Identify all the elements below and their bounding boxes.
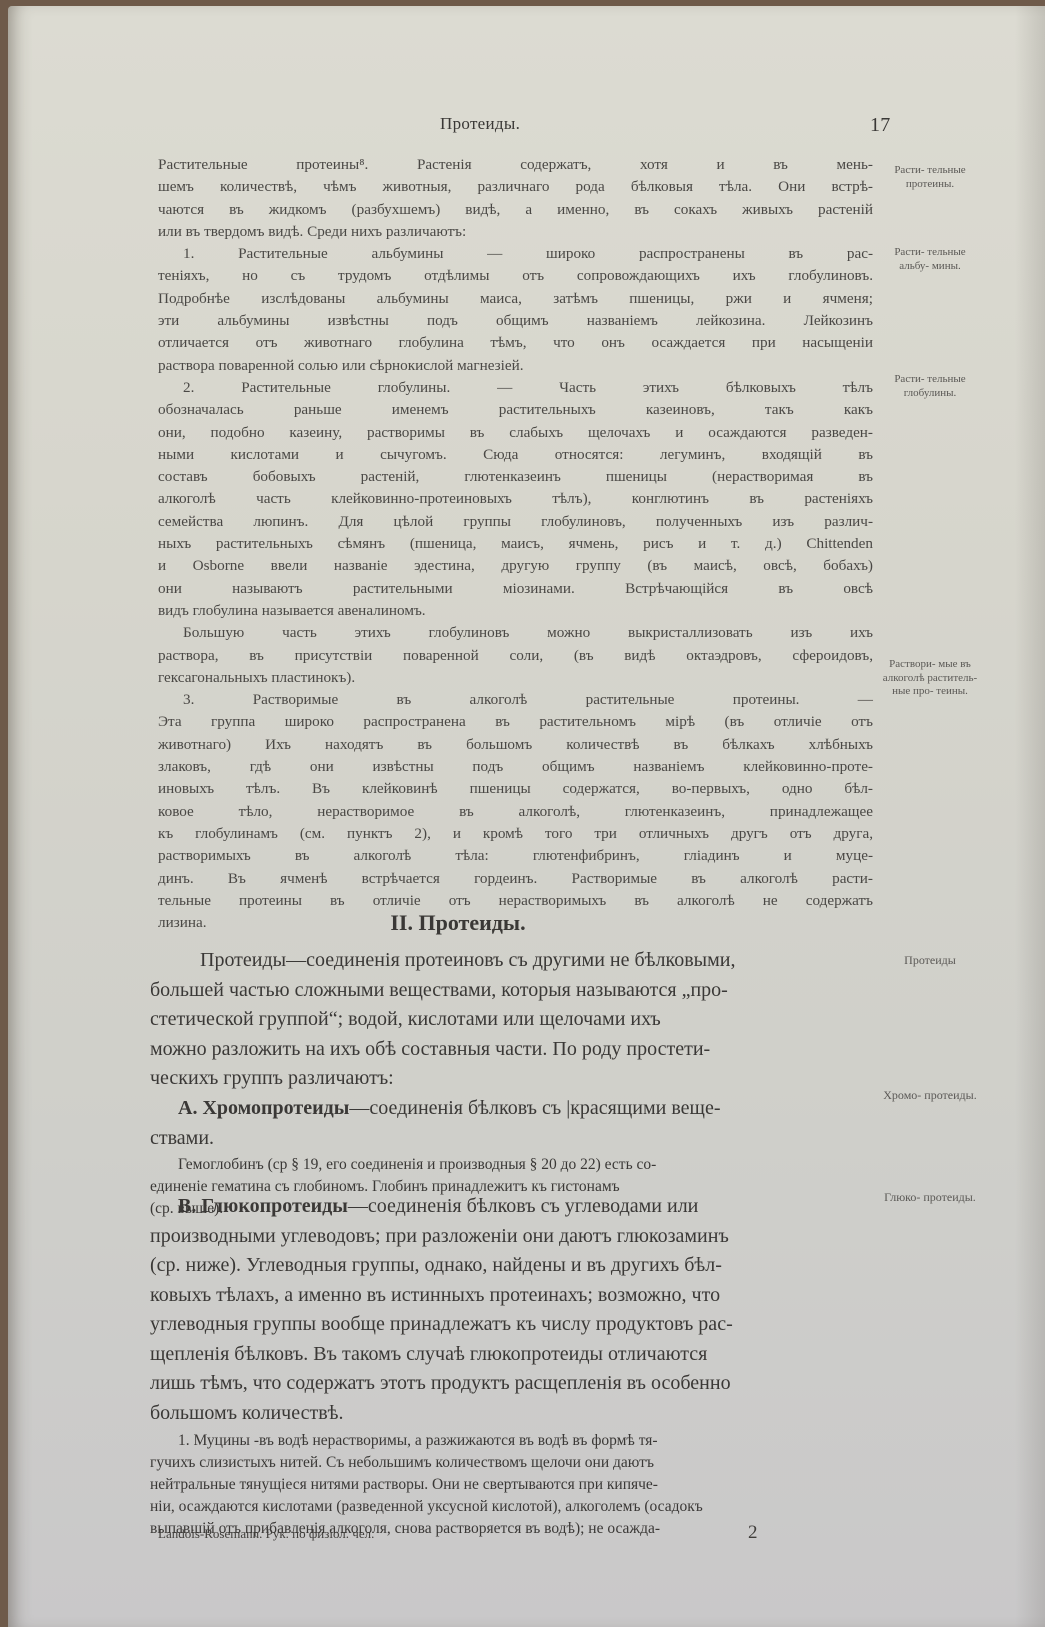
text-line: ствами. [150, 1124, 860, 1154]
text-line: эти альбумины извѣстны подъ общимъ назва… [158, 310, 873, 332]
section-heading: II. Протеиды. [8, 910, 908, 936]
text-line: B. Глюкопротеиды—соединенія бѣлковъ съ у… [150, 1192, 860, 1222]
book-page: Протеиды. 17 Растительные протеины⁸. Рас… [8, 6, 1045, 1627]
text-line: составъ бобовыхъ растеній, глютенказеинъ… [158, 466, 873, 488]
text-line: и Osborne ввели названіе эдестина, другу… [158, 555, 873, 577]
text-line: стетической группой“; водой, кислотами и… [150, 1005, 860, 1035]
margin-note-proteids: Протеиды [880, 954, 980, 968]
text-line: тельные протеины въ отличіе отъ нераство… [158, 890, 873, 912]
text-line: Подробнѣе изслѣдованы альбумины маиса, з… [158, 288, 873, 310]
text-line: или въ твердомъ видѣ. Среди нихъ различа… [158, 221, 873, 243]
text-line: ковое тѣло, нерастворимое въ алкоголѣ, г… [158, 801, 873, 823]
text-line: видъ глобулина называется авеналиномъ. [158, 600, 873, 622]
text-line: ковыхъ тѣлахъ, а именно въ истинныхъ про… [150, 1281, 860, 1311]
text-line: семейства люпинъ. Для цѣлой группы глобу… [158, 511, 873, 533]
text-line: щепленія бѣлковъ. Въ такомъ случаѣ глюко… [150, 1340, 860, 1370]
text-line: чаются въ жидкомъ (разбухшемъ) видѣ, а и… [158, 199, 873, 221]
text-line: алкоголѣ часть клейковинно-протеиновыхъ … [158, 488, 873, 510]
text-line: Протеиды—соединенія протеиновъ съ другим… [150, 946, 860, 976]
running-title: Протеиды. [440, 114, 520, 134]
text-line: ческихъ группъ различаютъ: [150, 1064, 860, 1094]
glucoproteids-label: B. Глюкопротеиды [178, 1195, 348, 1217]
text-line: 1. Растительные альбумины — широко распр… [158, 243, 873, 265]
text-line: иновыхъ тѣлъ. Въ клейковинѣ пшеницы соде… [158, 778, 873, 800]
text-line: (ср. ниже). Углеводныя группы, однако, н… [150, 1251, 860, 1281]
text-line: Большую часть этихъ глобулиновъ можно вы… [158, 622, 873, 644]
text-line: теніяхъ, но съ трудомъ отдѣлимы отъ сопр… [158, 265, 873, 287]
text-line: Гемоглобинъ (ср § 19, его соединенія и п… [150, 1154, 860, 1176]
text-line: обозначалась раньше именемъ растительных… [158, 399, 873, 421]
text-line: 1. Муцины -въ водѣ нерастворимы, а разжи… [150, 1430, 860, 1452]
text-line: лишь тѣмъ, что содержатъ этотъ продуктъ … [150, 1369, 860, 1399]
glucoproteids-section: B. Глюкопротеиды—соединенія бѣлковъ съ у… [150, 1192, 860, 1428]
text-line: животнаго) Ихъ находятъ въ большомъ коли… [158, 734, 873, 756]
margin-note-plant-globulins: Расти- тельные глобулины. [880, 373, 980, 400]
signature-mark: 2 [748, 1522, 758, 1544]
text-line: Растительные протеины⁸. Растенія содержа… [158, 154, 873, 176]
page-number: 17 [870, 114, 891, 137]
text-line: гучихъ слизистыхъ нитей. Съ небольшимъ к… [150, 1452, 860, 1474]
text-line: шемъ количествѣ, чѣмъ животныя, различна… [158, 176, 873, 198]
text-line: большомъ количествѣ. [150, 1399, 860, 1429]
text-line: 3. Растворимые въ алкоголѣ растительные … [158, 689, 873, 711]
footer-citation: Landois-Rosemann. Рук. по физіол. чел. [158, 1526, 374, 1541]
text-line: растворимыхъ въ алкоголѣ тѣла: глютенфиб… [158, 845, 873, 867]
margin-note-plant-albumins: Расти- тельные альбу- мины. [880, 246, 980, 273]
text-line: углеводныя группы вообще принадлежатъ къ… [150, 1310, 860, 1340]
text-line: динъ. Въ ячменѣ встрѣчается гордеинъ. Ра… [158, 868, 873, 890]
page-footer: Landois-Rosemann. Рук. по физіол. чел. 2 [158, 1526, 374, 1542]
text-line: ныхъ растительныхъ сѣмянъ (пшеница, маис… [158, 533, 873, 555]
text-line: они называютъ растительными міозинами. В… [158, 578, 873, 600]
text-line: раствора поваренной солью или сѣрнокисло… [158, 355, 873, 377]
text-line: злаковъ, гдѣ они извѣстны подъ общимъ на… [158, 756, 873, 778]
text-line: 2. Растительные глобулины. — Часть этихъ… [158, 377, 873, 399]
text-line: Эта группа широко распространена въ раст… [158, 711, 873, 733]
margin-note-plant-proteins: Расти- тельные протеины. [880, 164, 980, 191]
text-line: можно разложить на ихъ обѣ составныя час… [150, 1035, 860, 1065]
chromoproteids-label: A. Хромопротеиды [178, 1097, 349, 1119]
text-line: отличается отъ животнаго глобулина тѣмъ,… [158, 332, 873, 354]
text-line: къ глобулинамъ (см. пунктъ 2), и кромѣ т… [158, 823, 873, 845]
chromoproteids-section: A. Хромопротеиды—соединенія бѣлковъ съ |… [150, 1094, 860, 1153]
margin-note-glucoproteids: Глюко- протеиды. [880, 1191, 980, 1205]
margin-note-alcohol-soluble: Раствори- мые въ алкоголѣ раститель- ные… [880, 658, 980, 699]
text-line: большей частью сложными веществами, кото… [150, 976, 860, 1006]
text-line: ніи, осаждаются кислотами (разведенной у… [150, 1496, 860, 1518]
text-line: A. Хромопротеиды—соединенія бѣлковъ съ |… [150, 1094, 860, 1124]
text-line: производными углеводовъ; при разложеніи … [150, 1222, 860, 1252]
text-line: ными кислотами и сычугомъ. Сюда относятс… [158, 444, 873, 466]
text-line: они, подобно казеину, растворимы въ слаб… [158, 422, 873, 444]
text-line: нейтральные тянущіеся нитями растворы. О… [150, 1474, 860, 1496]
text-line: раствора, въ присутствіи поваренной соли… [158, 645, 873, 667]
plant-proteins-section: Растительные протеины⁸. Растенія содержа… [158, 154, 873, 934]
margin-note-chromoproteids: Хромо- протеиды. [880, 1089, 980, 1103]
proteids-intro: Протеиды—соединенія протеиновъ съ другим… [150, 946, 860, 1094]
text-line: гексагональныхъ пластинокъ). [158, 667, 873, 689]
